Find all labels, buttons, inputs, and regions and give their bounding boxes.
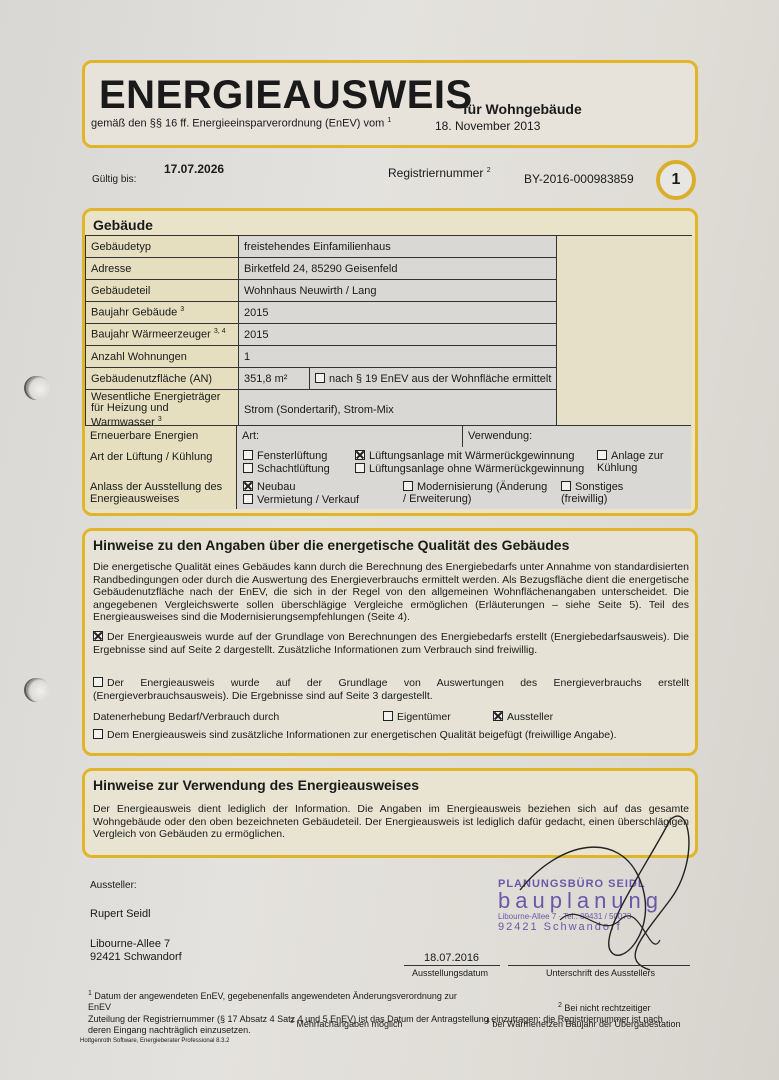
issue-date-label: Ausstellungsdatum <box>412 968 488 978</box>
usage-notes-title: Hinweise zur Verwendung des Energieauswe… <box>85 771 695 793</box>
checkbox-checked-icon[interactable] <box>93 631 103 641</box>
renewables-type: Art: <box>237 426 463 448</box>
quality-intro-text: Die energetische Qualität eines Gebäudes… <box>93 561 689 624</box>
option-shaft-ventilation[interactable]: Schachtlüftung <box>243 463 330 475</box>
checkbox-icon[interactable] <box>355 463 365 473</box>
table-row: AdresseBirketfeld 24, 85290 Geisenfeld <box>86 258 557 280</box>
table-row: GebäudeteilWohnhaus Neuwirth / Lang <box>86 280 557 302</box>
additional-info-option[interactable]: Dem Energieausweis sind zusätzliche Info… <box>93 729 689 742</box>
quality-notes-title: Hinweise zu den Angaben über die energet… <box>85 531 695 553</box>
footnote-4: 4 bei Wärmenetzen Baujahr der Übergabest… <box>486 1016 681 1030</box>
checkbox-checked-icon[interactable] <box>493 711 503 721</box>
row-value: 2015 <box>239 324 557 346</box>
issue-date: 18.07.2016 <box>424 952 479 964</box>
building-section: Gebäude Gebäudetypfreistehendes Einfamil… <box>82 208 698 516</box>
occasion-row: Anlass der Ausstellung des Energieauswei… <box>85 479 691 509</box>
option-owner[interactable]: Eigentümer <box>383 711 451 724</box>
row-value: Birketfeld 24, 85290 Geisenfeld <box>239 258 557 280</box>
registration-label: Registriernummer 2 <box>388 166 491 180</box>
signature-icon <box>500 800 700 980</box>
renewables-use: Verwendung: <box>463 426 691 448</box>
enev-date: 18. November 2013 <box>435 119 540 133</box>
valid-until-label: Gültig bis: <box>92 174 136 185</box>
table-row: Gebäudenutzfläche (AN)351,8 m²nach § 19 … <box>86 368 557 390</box>
option-rent-sale[interactable]: Vermietung / Verkauf <box>243 494 359 506</box>
renewables-label: Erneuerbare Energien <box>85 426 237 448</box>
option-other[interactable]: Sonstiges (freiwillig) <box>561 481 661 505</box>
consumption-option[interactable]: Der Energieausweis wurde auf der Grundla… <box>93 677 689 702</box>
data-collection-label: Datenerhebung Bedarf/Verbrauch durch <box>93 711 279 723</box>
binder-hole-bottom <box>26 678 50 702</box>
issuer-name: Rupert Seidl <box>90 908 151 920</box>
row-value: freistehendes Einfamilienhaus <box>239 236 557 258</box>
row-label: Baujahr Wärmeerzeuger 3, 4 <box>86 324 239 346</box>
row-label: Baujahr Gebäude 3 <box>86 302 239 324</box>
row-label: Gebäudenutzfläche (AN) <box>86 368 239 390</box>
software-credit: Hottgenroth Software, Energieberater Pro… <box>80 1036 229 1047</box>
row-value: 1 <box>239 346 557 368</box>
checkbox-icon[interactable] <box>561 481 571 491</box>
checkbox-icon[interactable] <box>315 373 325 383</box>
table-row: Gebäudetypfreistehendes Einfamilienhaus <box>86 236 557 258</box>
checkbox-icon[interactable] <box>597 450 607 460</box>
table-row: Baujahr Wärmeerzeuger 3, 42015 <box>86 324 557 346</box>
checkbox-icon[interactable] <box>383 711 393 721</box>
valid-until-value: 17.07.2026 <box>164 162 224 176</box>
checkbox-checked-icon[interactable] <box>243 481 253 491</box>
signature-label: Unterschrift des Ausstellers <box>546 968 655 978</box>
ventilation-options: Fensterlüftung Schachtlüftung Lüftungsan… <box>237 447 691 479</box>
checkbox-checked-icon[interactable] <box>355 450 365 460</box>
demand-option[interactable]: Der Energieausweis wurde auf der Grundla… <box>93 631 689 656</box>
table-row: Baujahr Gebäude 32015 <box>86 302 557 324</box>
checkbox-icon[interactable] <box>243 463 253 473</box>
option-ventilation-without-heat-recovery[interactable]: Lüftungsanlage ohne Wärmerückgewinnung <box>355 463 584 475</box>
checkbox-icon[interactable] <box>243 494 253 504</box>
row-label: Gebäudetyp <box>86 236 239 258</box>
footnote-3: 3 Mehrfachangaben möglich <box>290 1016 403 1030</box>
checkbox-icon[interactable] <box>93 677 103 687</box>
building-section-title: Gebäude <box>85 211 695 233</box>
row-value: Wohnhaus Neuwirth / Lang <box>239 280 557 302</box>
signature-line <box>508 965 690 966</box>
checkbox-icon[interactable] <box>93 729 103 739</box>
document-subtitle: für Wohngebäude <box>463 101 582 117</box>
row-label: Anzahl Wohnungen <box>86 346 239 368</box>
option-modernization[interactable]: Modernisierung (Änderung / Erweiterung) <box>403 481 553 505</box>
ventilation-row: Art der Lüftung / Kühlung Fensterlüftung… <box>85 447 691 480</box>
occasion-label: Anlass der Ausstellung des Energieauswei… <box>85 479 237 509</box>
row-label: Gebäudeteil <box>86 280 239 302</box>
date-line <box>404 965 500 966</box>
registration-number: BY-2016-000983859 <box>524 172 634 186</box>
row-value: 2015 <box>239 302 557 324</box>
page-number-badge: 1 <box>656 160 696 200</box>
option-new-build[interactable]: Neubau <box>243 481 296 493</box>
table-row: Anzahl Wohnungen1 <box>86 346 557 368</box>
ventilation-label: Art der Lüftung / Kühlung <box>85 447 237 479</box>
document-title: ENERGIEAUSWEIS <box>99 73 473 118</box>
issuer-city: 92421 Schwandorf <box>90 951 182 963</box>
row-value: 351,8 m² <box>239 368 310 390</box>
building-table: Gebäudetypfreistehendes Einfamilienhaus … <box>85 235 557 432</box>
option-ventilation-with-heat-recovery[interactable]: Lüftungsanlage mit Wärmerückgewinnung <box>355 450 574 462</box>
legal-basis: gemäß den §§ 16 ff. Energieeinsparverord… <box>91 117 391 130</box>
checkbox-icon[interactable] <box>403 481 413 491</box>
validity-row: Gültig bis: 17.07.2026 Registriernummer … <box>92 160 692 200</box>
building-photo-placeholder <box>553 235 692 450</box>
issuer-label: Aussteller: <box>90 880 137 891</box>
binder-hole-top <box>26 376 50 400</box>
row-label: Adresse <box>86 258 239 280</box>
quality-notes-section: Hinweise zu den Angaben über die energet… <box>82 528 698 756</box>
checkbox-icon[interactable] <box>243 450 253 460</box>
title-box: ENERGIEAUSWEIS für Wohngebäude gemäß den… <box>82 60 698 148</box>
living-area-option[interactable]: nach § 19 EnEV aus der Wohnfläche ermitt… <box>310 368 557 390</box>
occasion-options: Neubau Vermietung / Verkauf Modernisieru… <box>237 479 691 509</box>
data-collection-row: Datenerhebung Bedarf/Verbrauch durch Eig… <box>93 711 689 724</box>
option-window-ventilation[interactable]: Fensterlüftung <box>243 450 327 462</box>
issuer-street: Libourne-Allee 7 <box>90 938 170 950</box>
option-cooling[interactable]: Anlage zur Kühlung <box>597 450 677 474</box>
option-issuer[interactable]: Aussteller <box>493 711 553 724</box>
renewables-row: Erneuerbare Energien Art: Verwendung: <box>85 425 691 449</box>
